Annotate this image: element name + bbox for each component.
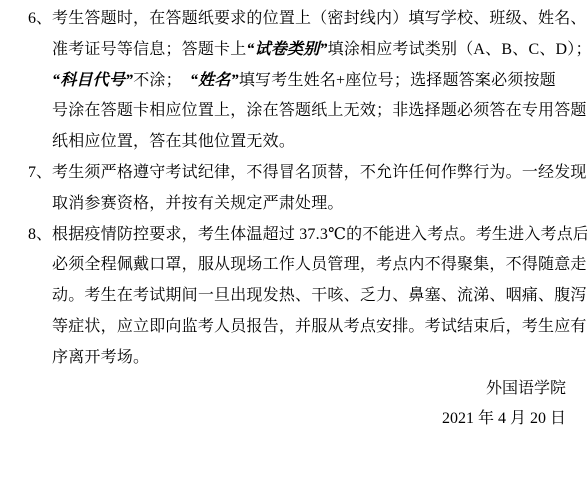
text-segment: 等症状，应立即向监考人员报告，并服从考点安排。考试结束后，考生应有 — [52, 318, 587, 335]
text-line: 等症状，应立即向监考人员报告，并服从考点安排。考试结束后，考生应有 — [52, 312, 566, 343]
text-segment: 准考证号等信息；答题卡上 — [52, 41, 246, 58]
text-line: 动。考生在考试期间一旦出现发热、干咳、乏力、鼻塞、流涕、咽痛、腹泻 — [52, 281, 566, 312]
item-lines: 考生须严格遵守考试纪律，不得冒名顶替，不允许任何作弊行为。一经发现，取消参赛资格… — [52, 158, 566, 220]
item-number: 8、 — [28, 220, 52, 251]
text-segment: 填涂相应考试类别（A、B、C、D）； — [328, 41, 587, 58]
text-line: 必须全程佩戴口罩，服从现场工作人员管理，考点内不得聚集，不得随意走 — [52, 250, 566, 281]
emphasized-term: “姓名” — [190, 72, 239, 89]
text-line: 考生须严格遵守考试纪律，不得冒名顶替，不允许任何作弊行为。一经发现， — [52, 158, 566, 189]
instruction-item: 7、考生须严格遵守考试纪律，不得冒名顶替，不允许任何作弊行为。一经发现，取消参赛… — [28, 158, 566, 220]
text-segment: 不涂； — [133, 72, 190, 89]
text-line: 取消参赛资格，并按有关规定严肃处理。 — [52, 189, 566, 220]
text-line: “科目代号”不涂； “姓名”填写考生姓名+座位号；选择题答案必须按题 — [52, 66, 566, 97]
text-segment: 取消参赛资格，并按有关规定严肃处理。 — [52, 195, 344, 212]
text-segment: 号涂在答题卡相应位置上，涂在答题纸上无效；非选择题必须答在专用答题 — [52, 102, 587, 119]
text-line: 准考证号等信息；答题卡上“试卷类别”填涂相应考试类别（A、B、C、D）； — [52, 35, 566, 66]
item-lines: 根据疫情防控要求，考生体温超过 37.3℃的不能进入考点。考生进入考点后必须全程… — [52, 220, 566, 374]
text-segment: 纸相应位置，答在其他位置无效。 — [52, 133, 295, 150]
text-line: 纸相应位置，答在其他位置无效。 — [52, 127, 566, 158]
text-segment: 动。考生在考试期间一旦出现发热、干咳、乏力、鼻塞、流涕、咽痛、腹泻 — [52, 287, 587, 304]
item-number: 7、 — [28, 158, 52, 189]
document-page: 6、考生答题时，在答题纸要求的位置上（密封线内）填写学校、班级、姓名、准考证号等… — [0, 0, 587, 479]
text-line: 号涂在答题卡相应位置上，涂在答题纸上无效；非选择题必须答在专用答题 — [52, 96, 566, 127]
item-lines: 考生答题时，在答题纸要求的位置上（密封线内）填写学校、班级、姓名、准考证号等信息… — [52, 4, 566, 158]
emphasized-term: “试卷类别” — [246, 41, 327, 58]
instruction-list: 6、考生答题时，在答题纸要求的位置上（密封线内）填写学校、班级、姓名、准考证号等… — [28, 4, 566, 374]
text-segment: 必须全程佩戴口罩，服从现场工作人员管理，考点内不得聚集，不得随意走 — [52, 256, 587, 273]
date: 2021 年 4 月 20 日 — [28, 404, 566, 435]
text-line: 考生答题时，在答题纸要求的位置上（密封线内）填写学校、班级、姓名、 — [52, 4, 566, 35]
emphasized-term: “科目代号” — [52, 72, 133, 89]
text-segment: 根据疫情防控要求，考生体温超过 37.3℃的不能进入考点。考生进入考点后 — [52, 226, 587, 243]
text-segment: 考生答题时，在答题纸要求的位置上（密封线内）填写学校、班级、姓名、 — [52, 10, 587, 27]
signature: 外国语学院 — [28, 374, 566, 405]
item-number: 6、 — [28, 4, 52, 35]
text-line: 根据疫情防控要求，考生体温超过 37.3℃的不能进入考点。考生进入考点后 — [52, 220, 566, 251]
text-segment: 考生须严格遵守考试纪律，不得冒名顶替，不允许任何作弊行为。一经发现， — [52, 164, 587, 181]
instruction-item: 6、考生答题时，在答题纸要求的位置上（密封线内）填写学校、班级、姓名、准考证号等… — [28, 4, 566, 158]
text-line: 序离开考场。 — [52, 343, 566, 374]
text-segment: 序离开考场。 — [52, 349, 149, 366]
instruction-item: 8、根据疫情防控要求，考生体温超过 37.3℃的不能进入考点。考生进入考点后必须… — [28, 220, 566, 374]
text-segment: 填写考生姓名+座位号；选择题答案必须按题 — [239, 72, 556, 89]
